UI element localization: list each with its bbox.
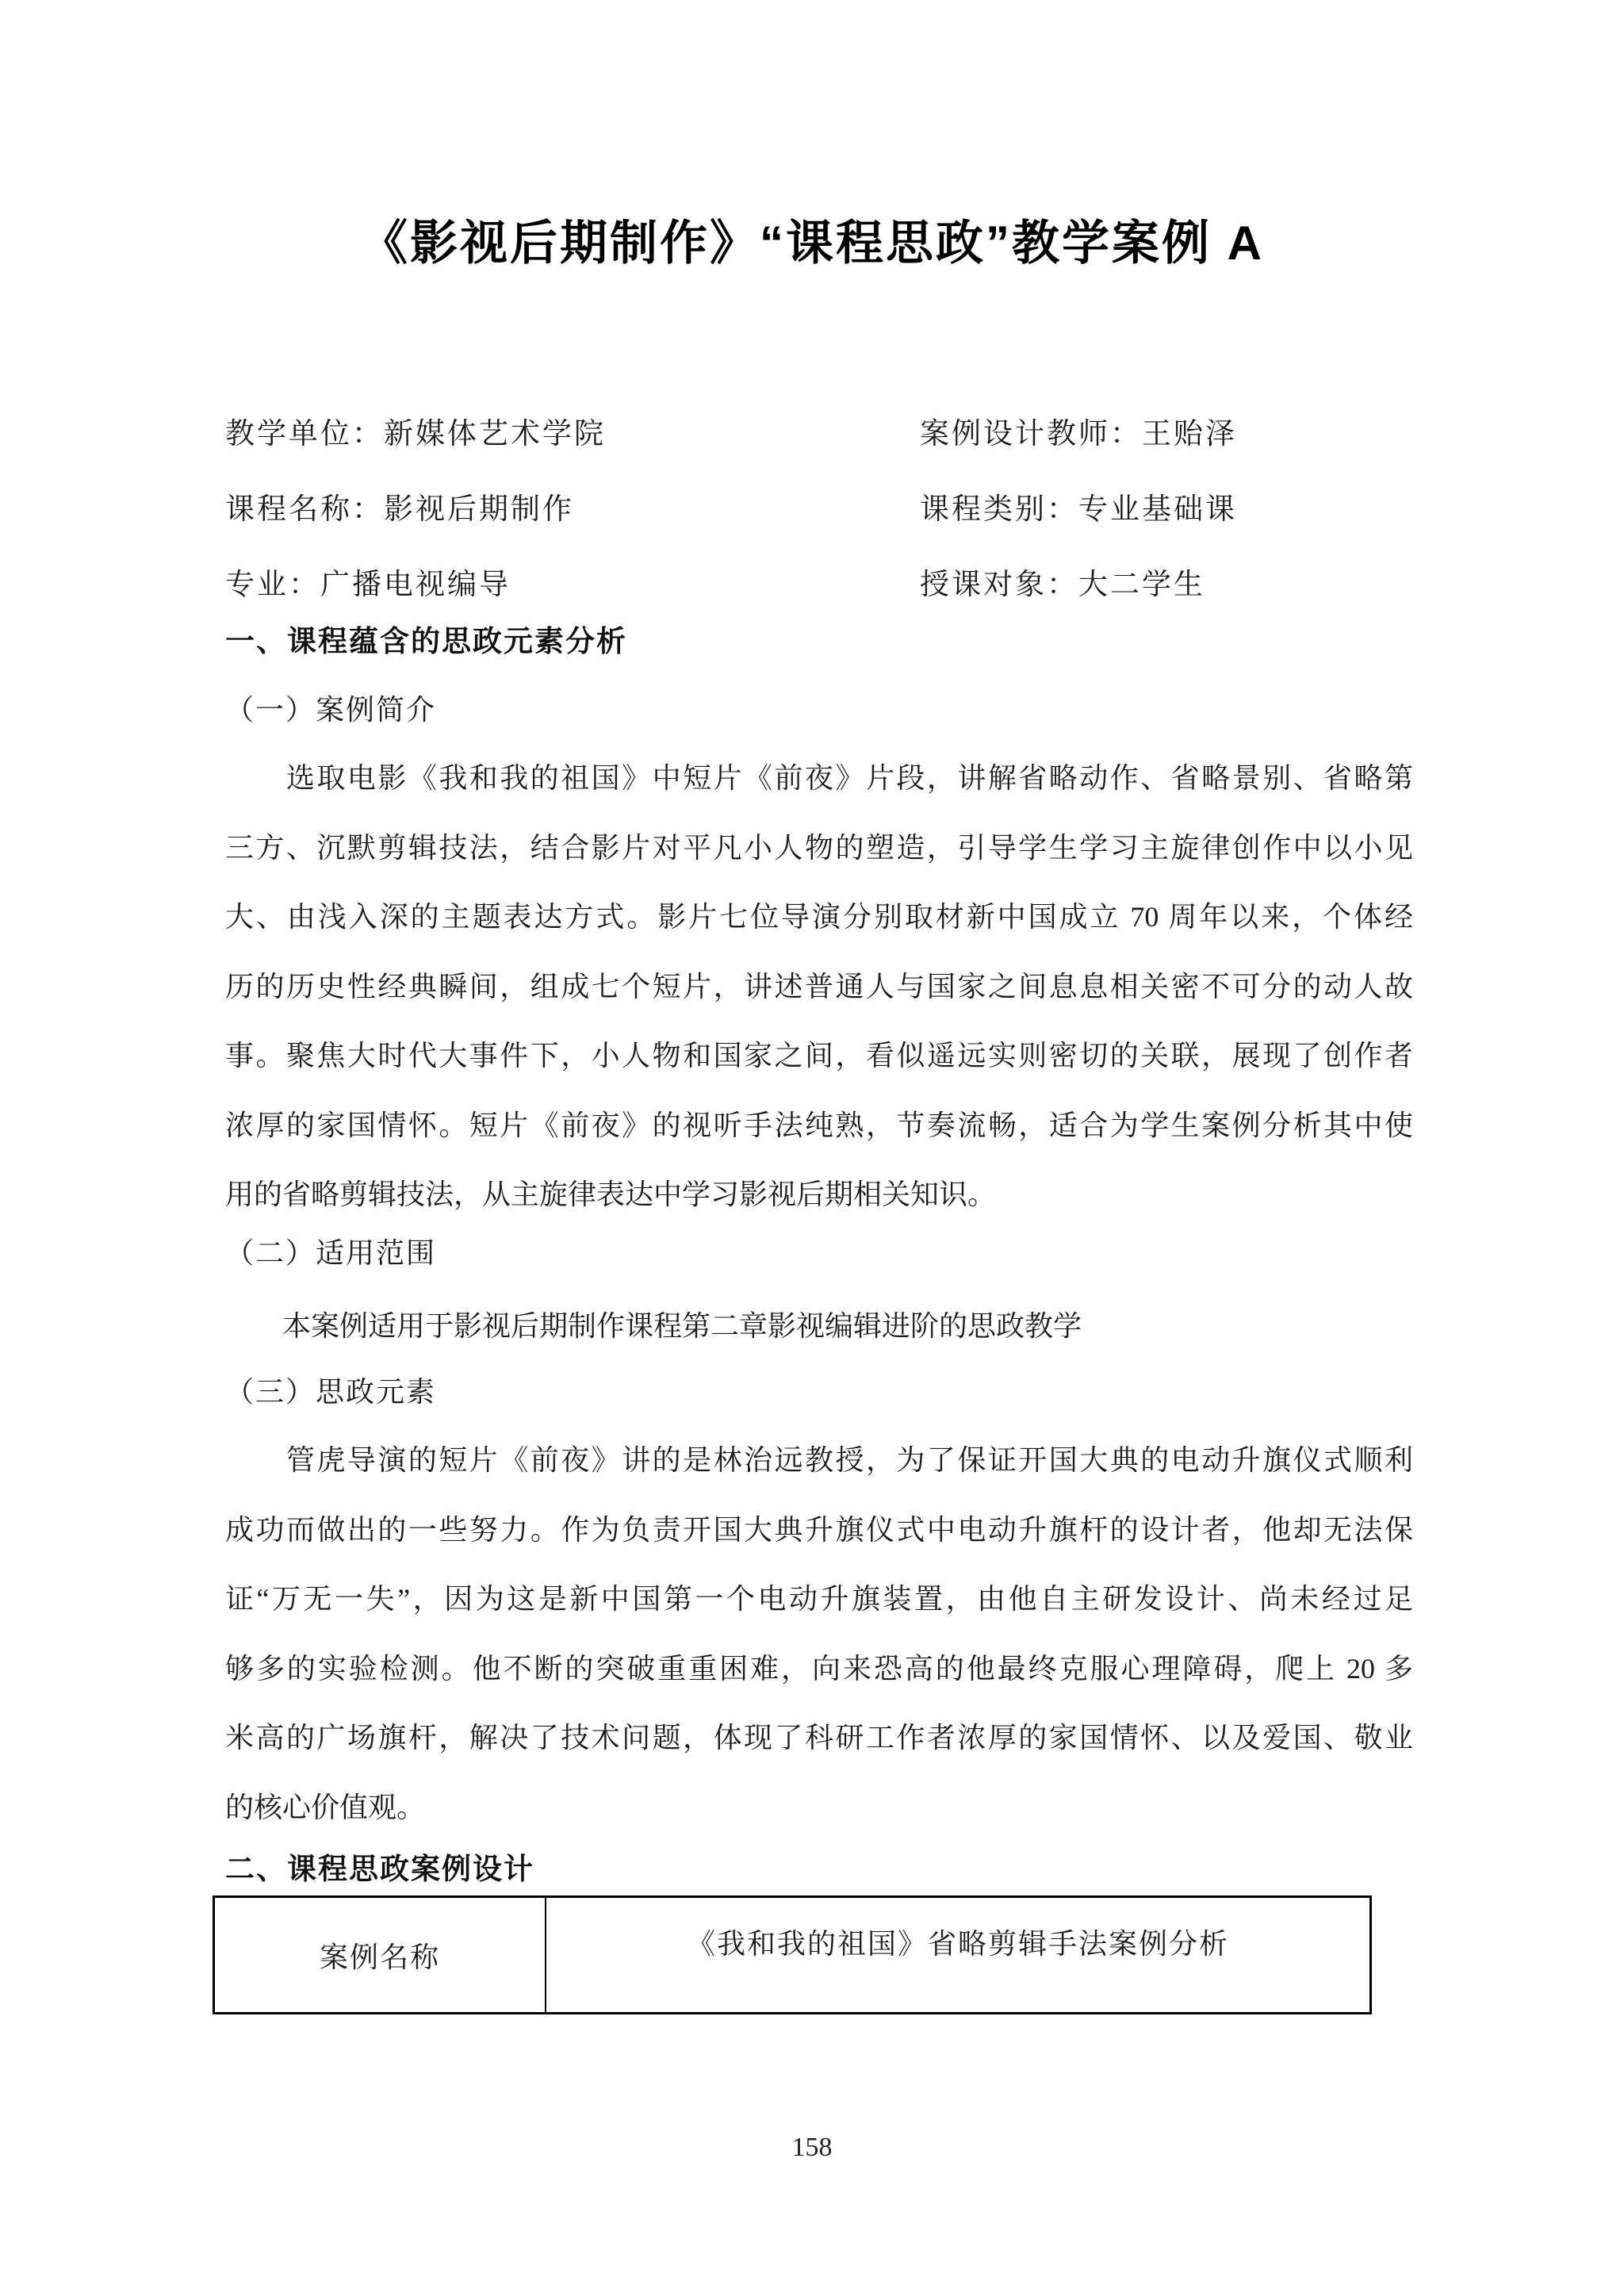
- paragraph-line: 证“万无一失”，因为这是新中国第一个电动升旗装置，由他自主研发设计、尚未经过足: [225, 1565, 1413, 1635]
- document-page: 《影视后期制作》“课程思政”教学案例 A 教学单位：新媒体艺术学院 案例设计教师…: [0, 0, 1624, 2296]
- course-meta-section: 教学单位：新媒体艺术学院 案例设计教师：王贻泽 课程名称：影视后期制作 课程类别…: [225, 397, 1413, 623]
- paragraph-elements: 管虎导演的短片《前夜》讲的是林治远教授，为了保证开国大典的电动升旗仪式顺利 成功…: [225, 1426, 1413, 1842]
- meta-row: 教学单位：新媒体艺术学院 案例设计教师：王贻泽: [225, 397, 1413, 472]
- subsection-heading-scope: （二）适用范围: [225, 1231, 1413, 1275]
- paragraph-line: 历的历史性经典瞬间，组成七个短片，讲述普通人与国家之间息息相关密不可分的动人故: [225, 953, 1413, 1022]
- paragraph-line: 选取电影《我和我的祖国》中短片《前夜》片段，讲解省略动作、省略景别、省略第: [225, 744, 1413, 814]
- paragraph-line: 够多的实验检测。他不断的突破重重困难，向来恐高的他最终克服心理障碍，爬上 20 …: [225, 1635, 1413, 1704]
- case-name-label-cell: 案例名称: [215, 1898, 546, 2012]
- meta-major: 专业：广播电视编导: [225, 569, 511, 601]
- paragraph-line: 用的省略剪辑技法，从主旋律表达中学习影视后期相关知识。: [225, 1160, 1413, 1230]
- meta-audience: 授课对象：大二学生: [920, 547, 1205, 623]
- paragraph-line: 大、由浅入深的主题表达方式。影片七位导演分别取材新中国成立 70 周年以来，个体…: [225, 883, 1413, 953]
- case-name-value-cell: 《我和我的祖国》省略剪辑手法案例分析: [546, 1898, 1369, 2012]
- meta-course-name: 课程名称：影视后期制作: [225, 493, 574, 526]
- paragraph-line: 浓厚的家国情怀。短片《前夜》的视听手法纯熟，节奏流畅，适合为学生案例分析其中使: [225, 1091, 1413, 1161]
- meta-case-designer: 案例设计教师：王贻泽: [920, 397, 1237, 472]
- paragraph-scope: 本案例适用于影视后期制作课程第二章影视编辑进阶的思政教学: [225, 1292, 1413, 1362]
- paragraph-line: 三方、沉默剪辑技法，结合影片对平凡小人物的塑造，引导学生学习主旋律创作中以小见: [225, 814, 1413, 884]
- case-design-table: 案例名称 《我和我的祖国》省略剪辑手法案例分析: [213, 1895, 1372, 2014]
- document-title: 《影视后期制作》“课程思政”教学案例 A: [0, 216, 1624, 271]
- page-number: 158: [0, 2130, 1624, 2165]
- meta-row: 专业：广播电视编导 授课对象：大二学生: [225, 547, 1413, 623]
- meta-teaching-unit: 教学单位：新媒体艺术学院: [225, 418, 606, 450]
- paragraph-line: 米高的广场旗杆，解决了技术问题，体现了科研工作者浓厚的家国情怀、以及爱国、敬业: [225, 1704, 1413, 1773]
- paragraph-line: 本案例适用于影视后期制作课程第二章影视编辑进阶的思政教学: [225, 1292, 1413, 1362]
- paragraph-line: 的核心价值观。: [225, 1773, 1413, 1843]
- meta-course-type: 课程类别：专业基础课: [920, 472, 1237, 547]
- paragraph-line: 事。聚焦大时代大事件下，小人物和国家之间，看似遥远实则密切的关联，展现了创作者: [225, 1022, 1413, 1091]
- section-heading-ideological-elements: 一、课程蕴含的思政元素分析: [225, 620, 1413, 665]
- meta-row: 课程名称：影视后期制作 课程类别：专业基础课: [225, 472, 1413, 547]
- subsection-heading-elements: （三）思政元素: [225, 1370, 1413, 1414]
- paragraph-line: 成功而做出的一些努力。作为负责开国大典升旗仪式中电动升旗杆的设计者，他却无法保: [225, 1496, 1413, 1566]
- paragraph-line: 管虎导演的短片《前夜》讲的是林治远教授，为了保证开国大典的电动升旗仪式顺利: [225, 1426, 1413, 1496]
- paragraph-case-intro: 选取电影《我和我的祖国》中短片《前夜》片段，讲解省略动作、省略景别、省略第 三方…: [225, 744, 1413, 1230]
- subsection-heading-case-intro: （一）案例简介: [225, 688, 1413, 732]
- section-heading-case-design: 二、课程思政案例设计: [225, 1848, 1413, 1892]
